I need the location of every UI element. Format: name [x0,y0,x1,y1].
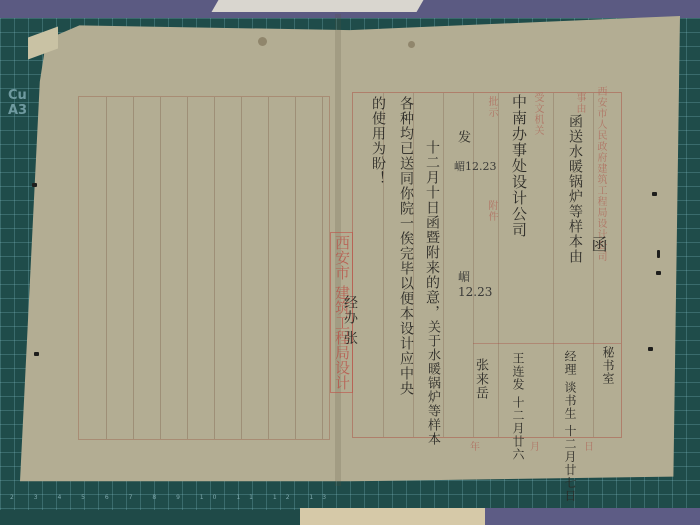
recipient-label: 受文机关 [530,92,545,136]
side-initial-date: 嵋 12.23 [458,268,492,299]
punch-hole [32,183,37,187]
body-line-4: 的使用为盼！ [370,96,386,186]
footer-day: 日 [584,438,595,453]
body-line-2: 关于水暖锅炉等样本 [424,320,440,446]
punch-hole [34,352,39,356]
punch-hole [652,192,657,196]
mat-label: Cu A3 [8,88,27,118]
approval-note: 发 [454,130,470,144]
stain-spot [258,37,267,46]
approval-label: 批示 [484,96,499,118]
fabric-light-bottom [300,508,485,525]
subject-label: 事由 [572,92,587,114]
sender-signature: 经办 张 [342,295,358,345]
signature-1: 张来岳 [472,358,488,400]
footer-year: 年 [470,438,481,453]
signature-3: 经理 谈书生 十二月廿七日 [562,350,578,503]
punch-hole [648,347,653,351]
attachment-label: 附件 [484,200,499,222]
signature-2: 王连发 十二月廿六 [510,352,526,461]
punch-hole [657,250,660,258]
approval-initial-date: 嵋12.23 [454,158,497,174]
body-line-3: 各种均已送同你院一俟完毕以便本设计应中央 [398,96,414,396]
stain-spot [408,41,415,48]
fabric-light-fold [212,0,424,12]
subject-text: 函送水暖锅炉等样本由 [567,114,583,264]
footer-month: 月 [530,438,541,453]
punch-hole [656,271,661,275]
recipient-text: 中南办事处设计公司 [511,94,527,238]
mat-ruler: 2 3 4 5 6 7 8 9 10 11 12 13 [10,494,335,501]
left-ruled-page [78,96,330,440]
body-line-1: 十二月十日函暨附来的意， [424,140,440,320]
signature-4: 秘书室 [600,346,616,385]
doc-type: 函 [590,236,606,253]
